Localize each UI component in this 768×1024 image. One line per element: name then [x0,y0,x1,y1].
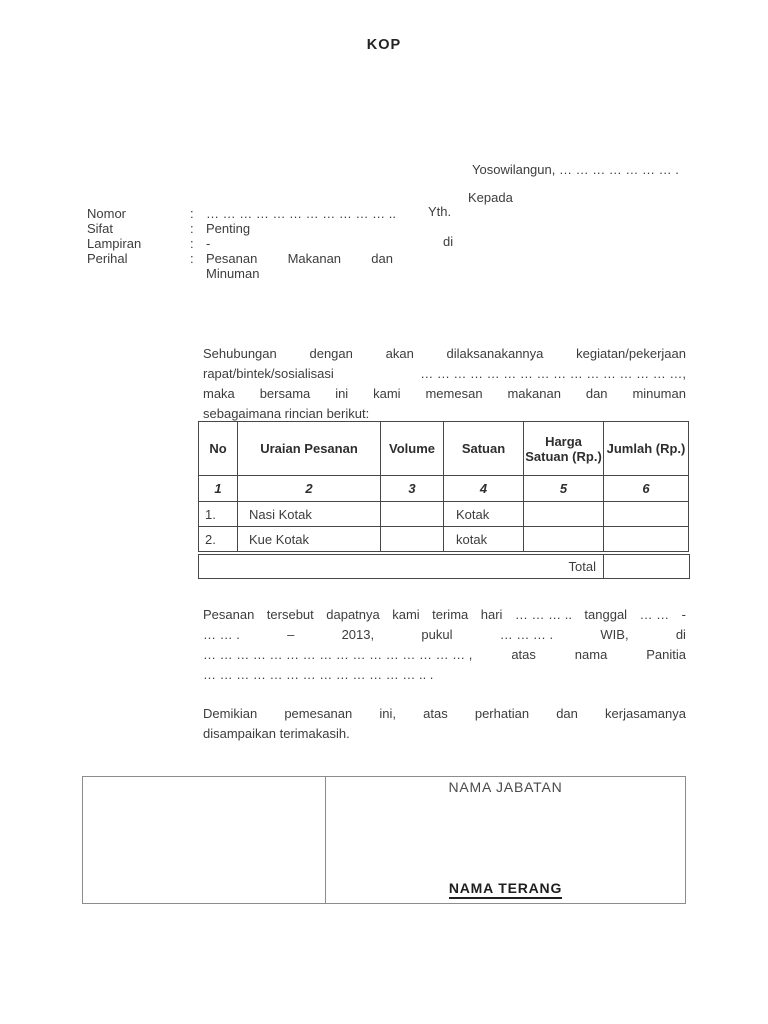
letterhead-kop-title: KOP [0,37,768,53]
signature-box: NAMA JABATAN NAMA TERANG [82,776,686,904]
text-segment: 2013, [342,625,375,645]
meta-colon: : [190,236,206,251]
column-number: 1 [199,476,238,502]
paragraph-line: rapat/bintek/sosialisasi… … … … … … … … … [203,364,686,384]
di-label: di [443,234,453,249]
text-segment: - [682,605,686,625]
meta-row-nomor: Nomor : … … … … … … … … … … … .. [87,206,393,221]
paragraph-opening: Sehubungandenganakandilaksanakannyakegia… [203,344,686,424]
paragraph-line: … … … … … … … … … … … … … .. . [203,665,686,685]
cell-satuan: kotak [444,527,524,552]
paragraph-line: … … .–2013,pukul… … … .WIB,di [203,625,686,645]
cell-volume [381,502,444,527]
letter-meta-block: Nomor : … … … … … … … … … … … .. Sifat :… [87,206,393,281]
cell-harga-satuan [524,527,604,552]
signature-position-title: NAMA JABATAN [326,779,685,795]
meta-label-perihal: Perihal [87,251,190,266]
meta-value-perihal: PesananMakanandan Minuman [206,251,393,281]
text-segment: nama [575,645,608,665]
paragraph-line: … … … … … … … … … … … … … … … … ,atasnam… [203,645,686,665]
text-segment: … … [640,605,670,625]
text-segment: ini, [379,704,396,724]
table-total-row: Total [198,554,690,579]
paragraph-line: PesananMakanandan [206,251,393,266]
text-segment: dan [586,384,608,404]
text-segment: WIB, [600,625,628,645]
paragraph-line: Sehubungandenganakandilaksanakannyakegia… [203,344,686,364]
total-label-cell: Total [199,555,604,578]
column-number: 5 [524,476,604,502]
meta-row-perihal: Perihal : PesananMakanandan Minuman [87,251,393,281]
text-segment: pukul [421,625,452,645]
signature-left-cell [83,777,326,903]
text-segment: kami [373,384,400,404]
text-segment: dan [371,251,393,266]
text-segment: kegiatan/pekerjaan [576,344,686,364]
text-segment: dapatnya [326,605,380,625]
table-numbering-row: 1 2 3 4 5 6 [199,476,689,502]
paragraph-line: Pesanantersebutdapatnyakamiterimahari… …… [203,605,686,625]
meta-colon: : [190,221,206,236]
meta-value-nomor: … … … … … … … … … … … .. [206,206,393,221]
text-segment: hari [481,605,503,625]
text-segment: … … … … … … … … … … … … … … … … , [203,645,472,665]
col-header-satuan: Satuan [444,422,524,476]
text-segment: makanan [507,384,560,404]
text-segment: dan [556,704,578,724]
meta-label-sifat: Sifat [87,221,190,236]
signature-name: NAMA TERANG [449,880,562,899]
column-number: 3 [381,476,444,502]
text-segment: Makanan [288,251,341,266]
meta-label-nomor: Nomor [87,206,190,221]
meta-label-lampiran: Lampiran [87,236,190,251]
order-table: No Uraian Pesanan Volume Satuan Harga Sa… [198,421,689,552]
text-segment: … … . [203,625,240,645]
text-segment: kerjasamanya [605,704,686,724]
text-segment: minuman [632,384,685,404]
text-segment: tersebut [267,605,314,625]
col-header-no: No [199,422,238,476]
text-segment: … … … .. [515,605,572,625]
meta-row-lampiran: Lampiran : - [87,236,393,251]
paragraph-line: Minuman [206,266,393,281]
cell-satuan: Kotak [444,502,524,527]
meta-colon: : [190,251,206,266]
col-header-harga-satuan: Harga Satuan (Rp.) [524,422,604,476]
text-segment: bersama [260,384,311,404]
paragraph-line: disampaikan terimakasih. [203,724,686,744]
text-segment: perhatian [475,704,529,724]
meta-colon: : [190,206,206,221]
cell-harga-satuan [524,502,604,527]
text-segment: Demikian [203,704,257,724]
text-segment: maka [203,384,235,404]
text-segment: … … … … … … … … … … … … … … … …, [420,364,686,384]
cell-jumlah [604,502,689,527]
column-number: 2 [238,476,381,502]
table-row: 1. Nasi Kotak Kotak [199,502,689,527]
text-segment: Panitia [646,645,686,665]
text-segment: kami [392,605,419,625]
text-segment: terima [432,605,468,625]
column-number: 6 [604,476,689,502]
cell-no: 2. [199,527,238,552]
text-segment: rapat/bintek/sosialisasi [203,364,334,384]
signature-right-cell: NAMA JABATAN NAMA TERANG [326,777,685,903]
cell-uraian: Nasi Kotak [238,502,381,527]
col-header-uraian-pesanan: Uraian Pesanan [238,422,381,476]
col-header-jumlah: Jumlah (Rp.) [604,422,689,476]
text-segment: – [287,625,294,645]
text-segment: Sehubungan [203,344,277,364]
meta-value-sifat: Penting [206,221,393,236]
text-segment: pemesanan [284,704,352,724]
column-number: 4 [444,476,524,502]
place-date-line: Yosowilangun, … … … … … … … . [472,162,679,177]
signature-name-wrap: NAMA TERANG [326,880,685,899]
text-segment: akan [386,344,414,364]
text-segment: atas [423,704,448,724]
text-segment: … … … . [500,625,553,645]
text-segment: memesan [425,384,482,404]
cell-uraian: Kue Kotak [238,527,381,552]
text-segment: atas [511,645,536,665]
paragraph-closing: Demikianpemesananini,atasperhatiandanker… [203,704,686,744]
text-segment: Pesanan [203,605,254,625]
paragraph-line: Demikianpemesananini,atasperhatiandanker… [203,704,686,724]
text-segment: ini [335,384,348,404]
text-segment: dengan [309,344,352,364]
document-page: KOP Yosowilangun, … … … … … … … . Kepada… [0,0,768,1024]
table-header-row: No Uraian Pesanan Volume Satuan Harga Sa… [199,422,689,476]
cell-jumlah [604,527,689,552]
text-segment: di [676,625,686,645]
cell-no: 1. [199,502,238,527]
cell-volume [381,527,444,552]
col-header-volume: Volume [381,422,444,476]
text-segment: dilaksanakannya [447,344,544,364]
table-row: 2. Kue Kotak kotak [199,527,689,552]
text-segment: Pesanan [206,251,257,266]
total-value-cell [604,555,689,578]
paragraph-line: makabersamainikamimemesanmakanandanminum… [203,384,686,404]
yth-label: Yth. [428,204,451,219]
meta-row-sifat: Sifat : Penting [87,221,393,236]
paragraph-delivery-details: Pesanantersebutdapatnyakamiterimahari… …… [203,605,686,685]
text-segment: tanggal [584,605,627,625]
meta-value-lampiran: - [206,236,393,251]
kepada-label: Kepada [468,190,513,205]
